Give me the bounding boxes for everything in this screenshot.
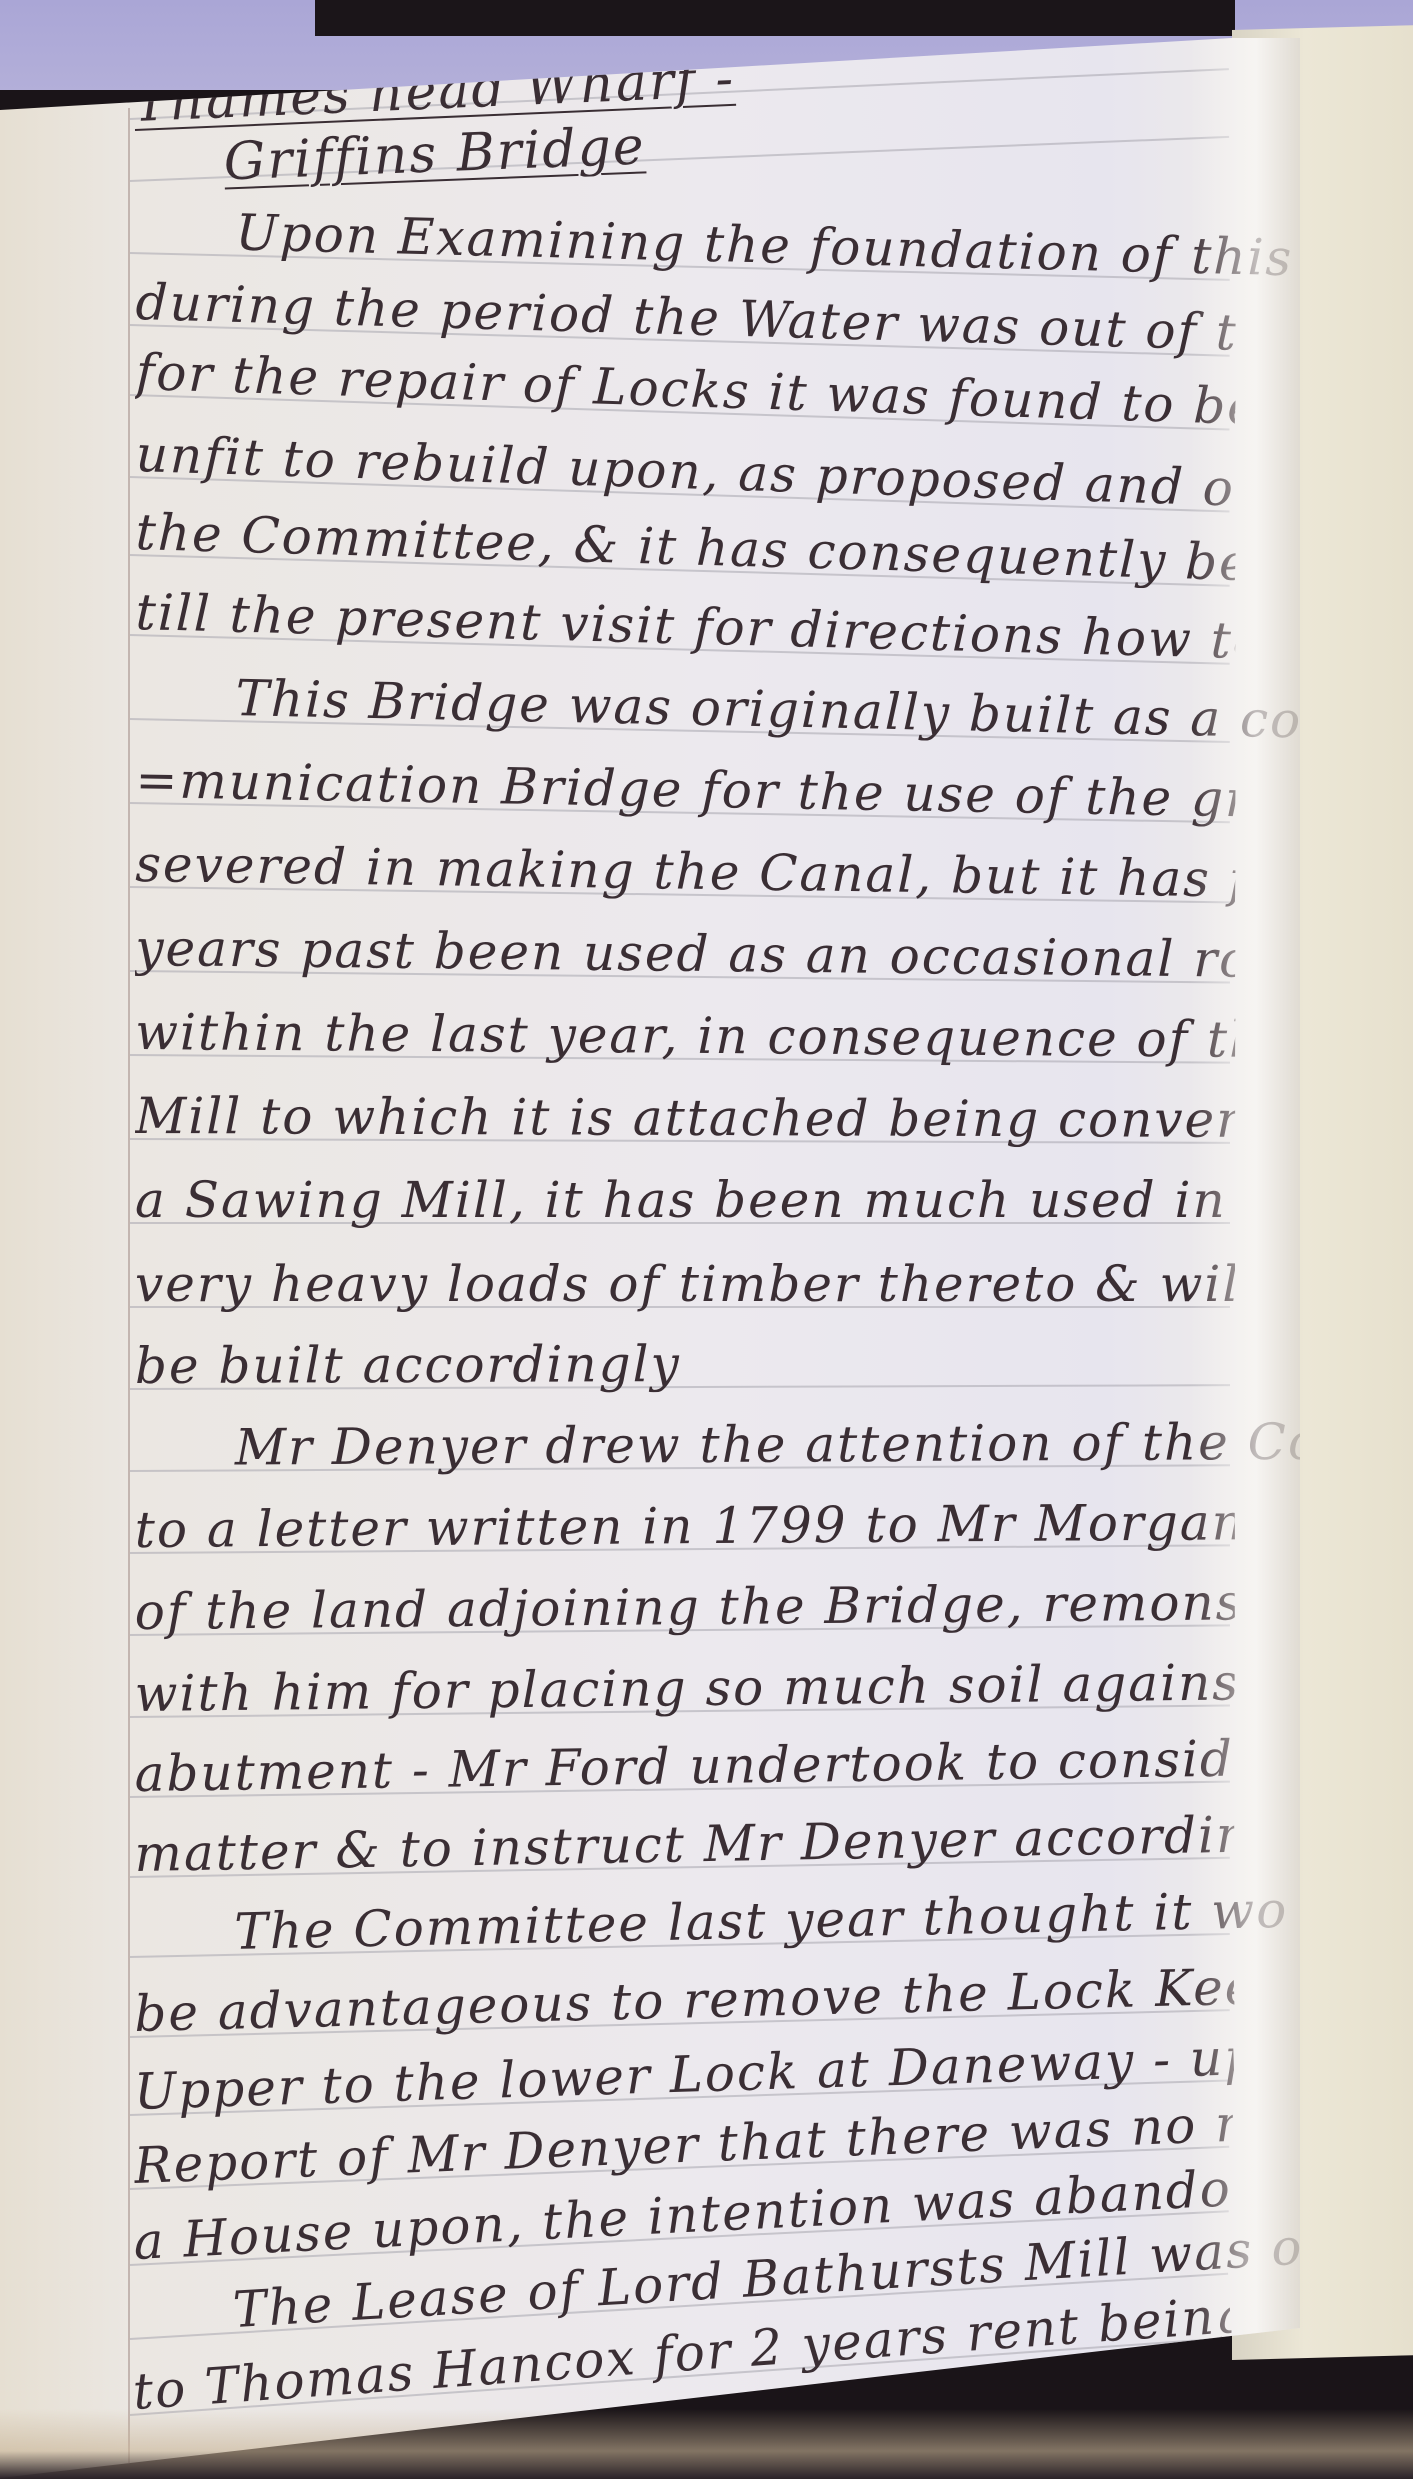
text-line: years past been used as an occasional ro… (135, 920, 1236, 988)
page-bottom-edge (0, 2409, 1413, 2479)
text-line: to a letter written in 1799 to Mr Morgan… (135, 1494, 1235, 1558)
text-line: within the last year, in consequence of … (135, 1004, 1235, 1068)
text-line: with him for placing so much soil agains… (134, 1654, 1235, 1722)
text-line: Mr Denyer drew the attention of the Comm… (135, 1414, 1335, 1476)
text-line: Mill to which it is attached being conve… (135, 1088, 1235, 1148)
manuscript-page: Thames head Wharf - Griffins Bridge Upon… (0, 38, 1300, 2478)
text-line: be built accordingly (135, 1334, 1235, 1394)
page-curl-highlight (1190, 38, 1300, 2478)
text-line: very heavy loads of timber thereto & wil… (135, 1256, 1235, 1312)
text-line: of the land adjoining the Bridge, remons… (135, 1574, 1235, 1640)
text-line: a Sawing Mill, it has been much used in … (135, 1172, 1235, 1228)
backdrop-shadow (315, 0, 1235, 36)
